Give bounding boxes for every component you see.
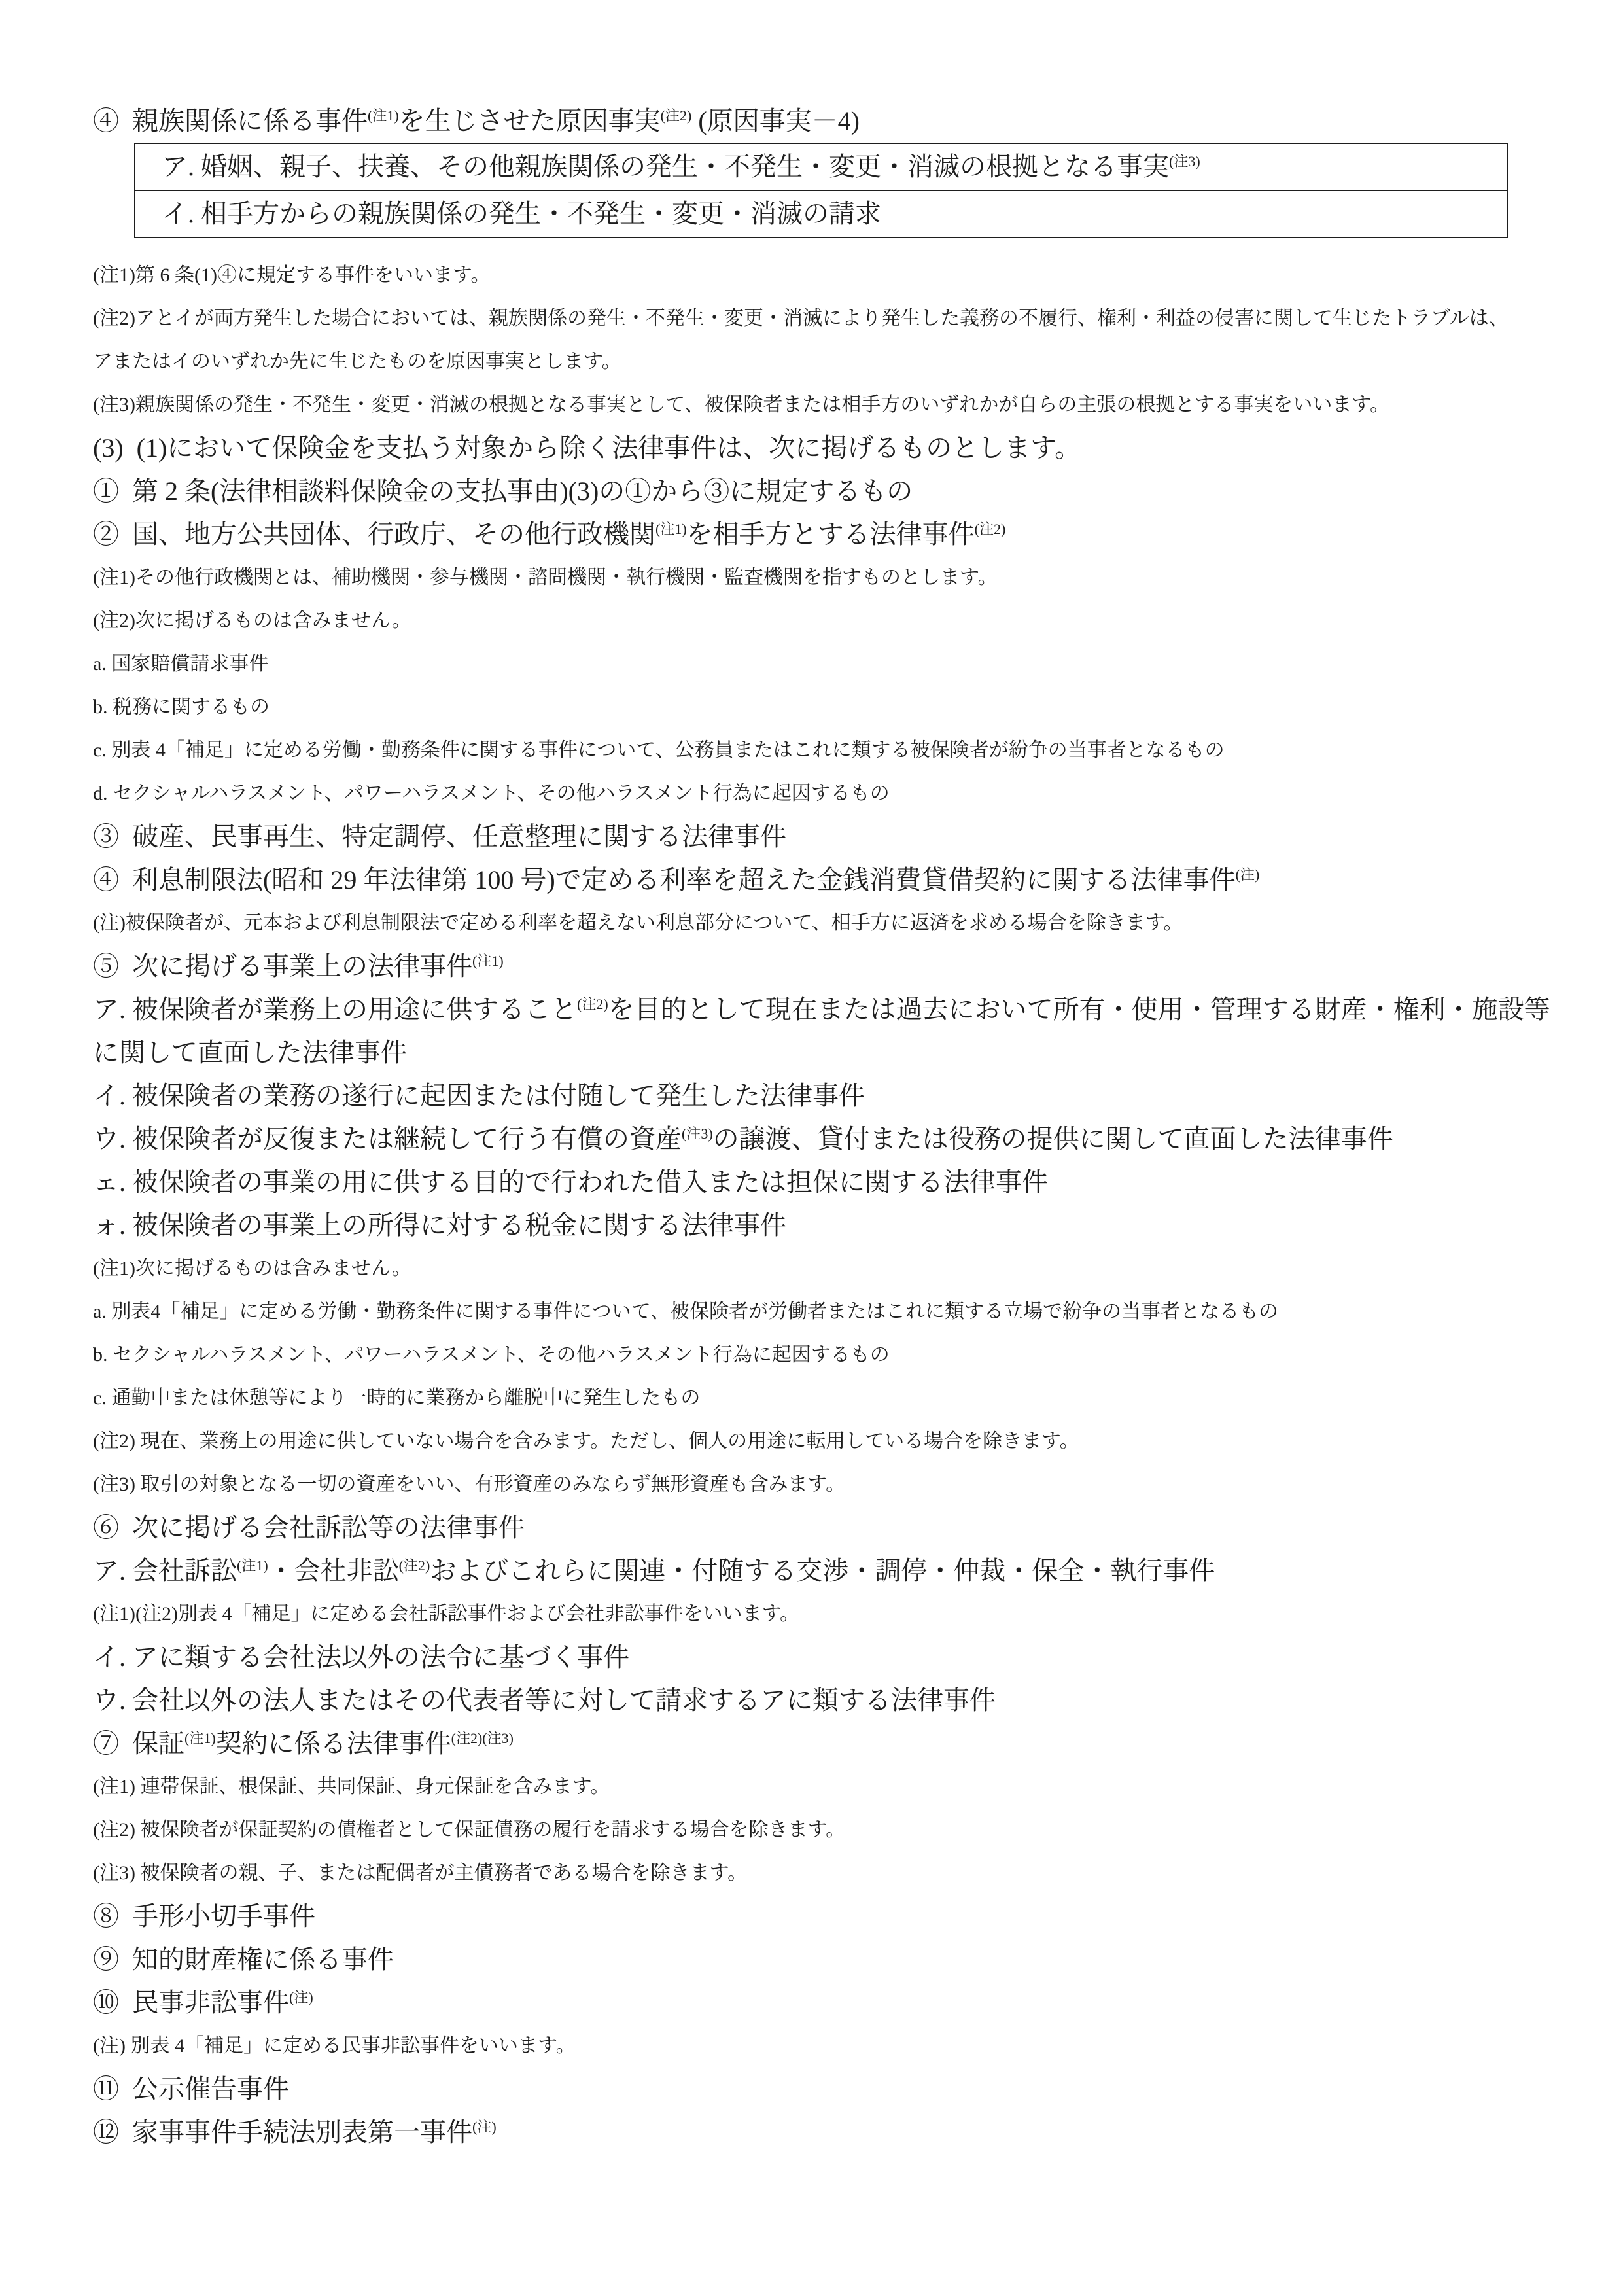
section-heading: ⑨ 知的財産権に係る事件 xyxy=(93,1938,1572,1981)
text-run: (注1)次に掲げるものは含みません。 xyxy=(93,1258,411,1279)
note-line: (注2) 被保険者が保証契約の債権者として保証債務の履行を請求する場合を除きます… xyxy=(93,1809,1572,1852)
note-reference: (注) xyxy=(289,1989,313,2005)
text-run: ④ 利息制限法(昭和 29 年法律第 100 号)で定める利率を超えた金銭消費貸… xyxy=(93,865,1236,894)
text-run: (注) 別表 4「補足」に定める民事非訟事件をいいます。 xyxy=(93,2035,576,2057)
list-item: ア. 被保険者が業務上の用途に供すること(注2)を目的として現在または過去におい… xyxy=(93,988,1572,1031)
note-reference: (注1) xyxy=(472,953,504,969)
sub-list-item: b. セクシャルハラスメント、パワーハラスメント、その他ハラスメント行為に起因す… xyxy=(93,1333,1572,1377)
note-reference: (注) xyxy=(1236,866,1260,883)
section-heading: ⑪ 公示催告事件 xyxy=(93,2068,1572,2111)
text-run: ア. 会社訴訟 xyxy=(93,1556,237,1585)
text-run: を相手方とする法律事件 xyxy=(687,520,975,549)
section-heading: ⑫ 家事事件手続法別表第一事件(注) xyxy=(93,2111,1572,2154)
list-item: ォ. 被保険者の事業上の所得に対する税金に関する法律事件 xyxy=(93,1204,1572,1247)
text-run: (注1)(注2)別表 4「補足」に定める会社訴訟事件および会社非訟事件をいいます… xyxy=(93,1603,799,1625)
list-item: ウ. 会社以外の法人またはその代表者等に対して請求するアに類する法律事件 xyxy=(93,1679,1572,1722)
text-run: ア. 婚姻、親子、扶養、その他親族関係の発生・不発生・変更・消滅の根拠となる事実 xyxy=(162,152,1169,181)
text-run: (注3) 取引の対象となる一切の資産をいい、有形資産のみならず無形資産も含みます… xyxy=(93,1474,845,1495)
list-item: ェ. 被保険者の事業の用に供する目的で行われた借入または担保に関する法律事件 xyxy=(93,1161,1572,1204)
text-run: ウ. 被保険者が反復または継続して行う有償の資産 xyxy=(93,1124,682,1154)
text-run: ウ. 会社以外の法人またはその代表者等に対して請求するアに類する法律事件 xyxy=(93,1686,996,1715)
note-reference: (注1) xyxy=(655,521,687,537)
text-run: を目的として現在または過去において所有・使用・管理する財産・権利・施設等 xyxy=(608,995,1550,1024)
list-item: イ. アに類する会社法以外の法令に基づく事件 xyxy=(93,1636,1572,1679)
text-run: (注2) 現在、業務上の用途に供していない場合を含みます。ただし、個人の用途に転… xyxy=(93,1430,1079,1452)
note-line: (注3)親族関係の発生・不発生・変更・消滅の根拠となる事実として、被保険者または… xyxy=(93,383,1572,427)
note-line: アまたはイのいずれか先に生じたものを原因事実とします。 xyxy=(93,340,1572,383)
cause-facts-table: ア. 婚姻、親子、扶養、その他親族関係の発生・不発生・変更・消滅の根拠となる事実… xyxy=(134,143,1508,238)
document-body: ④ 親族関係に係る事件(注1)を生じさせた原因事実(注2) (原因事実－4)ア.… xyxy=(0,0,1623,2154)
section-heading: ② 国、地方公共団体、行政庁、その他行政機関(注1)を相手方とする法律事件(注2… xyxy=(93,513,1572,556)
section-heading: ① 第 2 条(法律相談料保険金の支払事由)(3)の①から③に規定するもの xyxy=(93,470,1572,513)
text-run: に関して直面した法律事件 xyxy=(93,1038,407,1067)
text-run: ⑩ 民事非訟事件 xyxy=(93,1988,289,2017)
note-line: (注2)アとイが両方発生した場合においては、親族関係の発生・不発生・変更・消滅に… xyxy=(93,297,1572,340)
text-run: a. 国家賠償請求事件 xyxy=(93,653,268,675)
section-heading: (3) (1)において保険金を支払う対象から除く法律事件は、次に掲げるものとしま… xyxy=(93,427,1572,470)
note-line: (注)被保険者が、元本および利息制限法で定める利率を超えない利息部分について、相… xyxy=(93,902,1572,945)
text-run: (注1) 連帯保証、根保証、共同保証、身元保証を含みます。 xyxy=(93,1776,610,1797)
section-heading: ⑧ 手形小切手事件 xyxy=(93,1895,1572,1938)
note-line: (注3) 取引の対象となる一切の資産をいい、有形資産のみならず無形資産も含みます… xyxy=(93,1463,1572,1506)
note-reference: (注2) xyxy=(577,996,608,1012)
section-heading: ⑥ 次に掲げる会社訴訟等の法律事件 xyxy=(93,1506,1572,1549)
section-heading: ④ 利息制限法(昭和 29 年法律第 100 号)で定める利率を超えた金銭消費貸… xyxy=(93,858,1572,902)
note-line: (注2) 現在、業務上の用途に供していない場合を含みます。ただし、個人の用途に転… xyxy=(93,1420,1572,1463)
text-run: ェ. 被保険者の事業の用に供する目的で行われた借入または担保に関する法律事件 xyxy=(93,1167,1048,1197)
note-reference: (注2)(注3) xyxy=(451,1730,514,1746)
text-run: a. 別表4「補足」に定める労働・勤務条件に関する事件について、被保険者が労働者… xyxy=(93,1301,1278,1322)
list-item: ア. 会社訴訟(注1)・会社非訟(注2)およびこれらに関連・付随する交渉・調停・… xyxy=(93,1549,1572,1593)
text-run: ③ 破産、民事再生、特定調停、任意整理に関する法律事件 xyxy=(93,822,786,851)
note-line: (注1)次に掲げるものは含みません。 xyxy=(93,1247,1572,1290)
text-run: c. 別表 4「補足」に定める労働・勤務条件に関する事件について、公務員またはこ… xyxy=(93,739,1225,761)
text-run: ⑫ 家事事件手続法別表第一事件 xyxy=(93,2117,472,2147)
list-item: ウ. 被保険者が反復または継続して行う有償の資産(注3)の譲渡、貸付または役務の… xyxy=(93,1118,1572,1161)
section-heading: ⑩ 民事非訟事件(注) xyxy=(93,1981,1572,2024)
text-run: (原因事実－4) xyxy=(691,106,860,135)
section-heading: ④ 親族関係に係る事件(注1)を生じさせた原因事実(注2) (原因事実－4) xyxy=(93,99,1572,143)
note-reference: (注1) xyxy=(368,107,399,124)
text-run: ⑧ 手形小切手事件 xyxy=(93,1901,315,1931)
note-reference: (注1) xyxy=(237,1557,268,1574)
text-run: ア. 被保険者が業務上の用途に供すること xyxy=(93,995,577,1024)
text-run: ⑨ 知的財産権に係る事件 xyxy=(93,1945,394,1974)
note-line: (注1) 連帯保証、根保証、共同保証、身元保証を含みます。 xyxy=(93,1765,1572,1809)
text-run: (注3) 被保険者の親、子、または配偶者が主債務者である場合を除きます。 xyxy=(93,1862,747,1884)
note-line: (注) 別表 4「補足」に定める民事非訟事件をいいます。 xyxy=(93,2024,1572,2068)
text-run: イ. アに類する会社法以外の法令に基づく事件 xyxy=(93,1642,629,1672)
text-run: b. セクシャルハラスメント、パワーハラスメント、その他ハラスメント行為に起因す… xyxy=(93,1344,890,1366)
text-run: ① 第 2 条(法律相談料保険金の支払事由)(3)の①から③に規定するもの xyxy=(93,476,913,506)
note-reference: (注2) xyxy=(399,1557,430,1574)
sub-list-item: d. セクシャルハラスメント、パワーハラスメント、その他ハラスメント行為に起因す… xyxy=(93,772,1572,815)
text-run: c. 通勤中または休憩等により一時的に業務から離脱中に発生したもの xyxy=(93,1387,700,1409)
sub-list-item: a. 国家賠償請求事件 xyxy=(93,643,1572,686)
text-run: ・会社非訟 xyxy=(268,1556,399,1585)
text-run: ⑪ 公示催告事件 xyxy=(93,2074,289,2104)
note-line: (注1)その他行政機関とは、補助機関・参与機関・諮問機関・執行機関・監査機関を指… xyxy=(93,556,1572,599)
note-reference: (注3) xyxy=(1169,153,1200,169)
section-heading: ③ 破産、民事再生、特定調停、任意整理に関する法律事件 xyxy=(93,815,1572,858)
text-run: アまたはイのいずれか先に生じたものを原因事実とします。 xyxy=(93,351,621,372)
sub-list-item: c. 通勤中または休憩等により一時的に業務から離脱中に発生したもの xyxy=(93,1377,1572,1420)
note-reference: (注1) xyxy=(184,1730,216,1746)
text-run: ォ. 被保険者の事業上の所得に対する税金に関する法律事件 xyxy=(93,1210,786,1240)
text-run: (3) (1)において保険金を支払う対象から除く法律事件は、次に掲げるものとしま… xyxy=(93,433,1081,463)
text-run: の譲渡、貸付または役務の提供に関して直面した法律事件 xyxy=(713,1124,1393,1154)
text-run: (注2) 被保険者が保証契約の債権者として保証債務の履行を請求する場合を除きます… xyxy=(93,1819,845,1841)
text-run: (注2)次に掲げるものは含みません。 xyxy=(93,610,411,631)
sub-list-item: b. 税務に関するもの xyxy=(93,686,1572,729)
section-heading: ⑤ 次に掲げる事業上の法律事件(注1) xyxy=(93,945,1572,988)
note-reference: (注3) xyxy=(682,1125,713,1142)
text-run: (注)被保険者が、元本および利息制限法で定める利率を超えない利息部分について、相… xyxy=(93,912,1183,934)
text-run: イ. 相手方からの親族関係の発生・不発生・変更・消滅の請求 xyxy=(162,199,881,228)
sub-list-item: c. 別表 4「補足」に定める労働・勤務条件に関する事件について、公務員またはこ… xyxy=(93,729,1572,772)
list-item: イ. 被保険者の業務の遂行に起因または付随して発生した法律事件 xyxy=(93,1074,1572,1118)
text-run: を生じさせた原因事実 xyxy=(399,106,661,135)
sub-list-item: a. 別表4「補足」に定める労働・勤務条件に関する事件について、被保険者が労働者… xyxy=(93,1290,1572,1333)
text-run: (注1)第 6 条(1)④に規定する事件をいいます。 xyxy=(93,264,491,286)
text-run: (注3)親族関係の発生・不発生・変更・消滅の根拠となる事実として、被保険者または… xyxy=(93,394,1389,415)
continuation-line: に関して直面した法律事件 xyxy=(93,1031,1572,1074)
text-run: ② 国、地方公共団体、行政庁、その他行政機関 xyxy=(93,520,655,549)
text-run: イ. 被保険者の業務の遂行に起因または付随して発生した法律事件 xyxy=(93,1081,865,1110)
note-line: (注2)次に掲げるものは含みません。 xyxy=(93,599,1572,643)
text-run: (注2)アとイが両方発生した場合においては、親族関係の発生・不発生・変更・消滅に… xyxy=(93,308,1509,329)
note-reference: (注) xyxy=(472,2119,497,2135)
text-run: 契約に係る法律事件 xyxy=(216,1729,451,1758)
section-heading: ⑦ 保証(注1)契約に係る法律事件(注2)(注3) xyxy=(93,1722,1572,1765)
note-reference: (注2) xyxy=(975,521,1006,537)
table-row: ア. 婚姻、親子、扶養、その他親族関係の発生・不発生・変更・消滅の根拠となる事実… xyxy=(135,144,1507,191)
note-line: (注1)(注2)別表 4「補足」に定める会社訴訟事件および会社非訟事件をいいます… xyxy=(93,1593,1572,1636)
note-reference: (注2) xyxy=(661,107,692,124)
text-run: d. セクシャルハラスメント、パワーハラスメント、その他ハラスメント行為に起因す… xyxy=(93,783,890,804)
table-row: イ. 相手方からの親族関係の発生・不発生・変更・消滅の請求 xyxy=(135,191,1507,237)
text-run: ⑦ 保証 xyxy=(93,1729,184,1758)
text-run: (注1)その他行政機関とは、補助機関・参与機関・諮問機関・執行機関・監査機関を指… xyxy=(93,567,998,588)
text-run: およびこれらに関連・付随する交渉・調停・仲裁・保全・執行事件 xyxy=(430,1556,1215,1585)
document-page: ④ 親族関係に係る事件(注1)を生じさせた原因事実(注2) (原因事実－4)ア.… xyxy=(0,0,1623,2296)
text-run: ⑥ 次に掲げる会社訴訟等の法律事件 xyxy=(93,1513,525,1542)
text-run: b. 税務に関するもの xyxy=(93,696,270,718)
text-run: ⑤ 次に掲げる事業上の法律事件 xyxy=(93,951,472,981)
note-line: (注3) 被保険者の親、子、または配偶者が主債務者である場合を除きます。 xyxy=(93,1852,1572,1895)
text-run: ④ 親族関係に係る事件 xyxy=(93,106,368,135)
note-line: (注1)第 6 条(1)④に規定する事件をいいます。 xyxy=(93,254,1572,297)
